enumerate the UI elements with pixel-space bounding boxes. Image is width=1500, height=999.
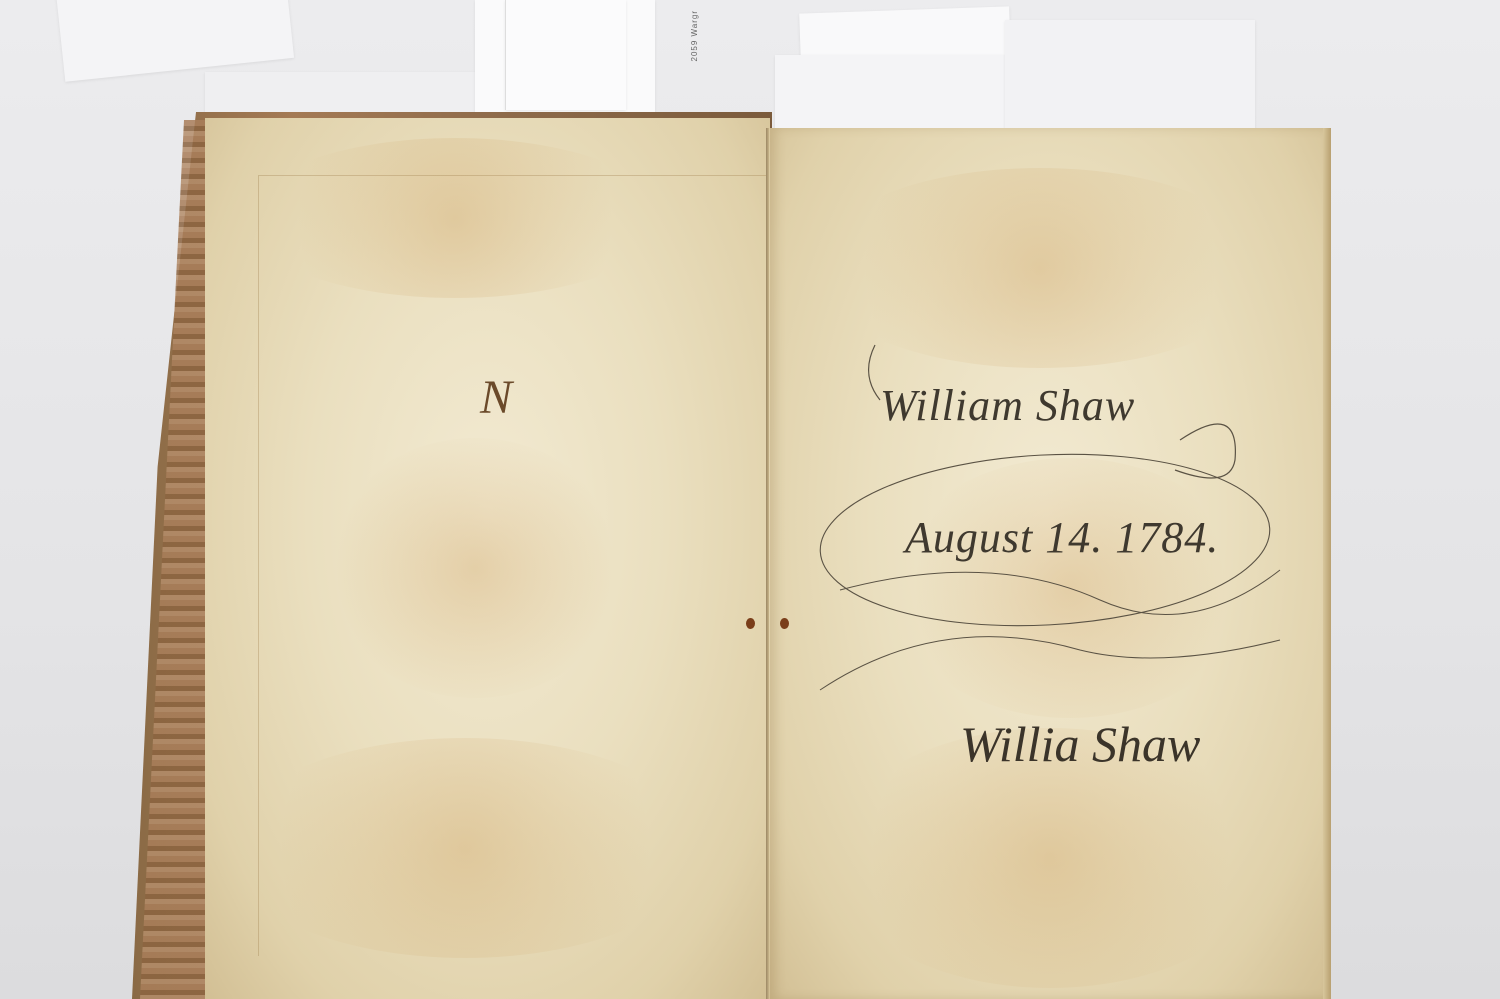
pastedown-border (258, 175, 769, 956)
paper-slip (505, 0, 626, 110)
date-inscription: August 14. 1784. (905, 512, 1219, 563)
pencil-mark: N (480, 370, 512, 425)
paper-slip (775, 55, 1005, 130)
name-inscription: William Shaw (880, 380, 1135, 431)
paper-slip (205, 72, 475, 117)
rust-stain (780, 618, 789, 629)
right-flyleaf-page (770, 128, 1325, 999)
signature: Willia Shaw (960, 715, 1200, 773)
book-gutter (766, 128, 769, 999)
slip-label: 2059 Wargr (690, 10, 699, 62)
rust-stain (746, 618, 755, 629)
paper-slip (1005, 20, 1255, 130)
